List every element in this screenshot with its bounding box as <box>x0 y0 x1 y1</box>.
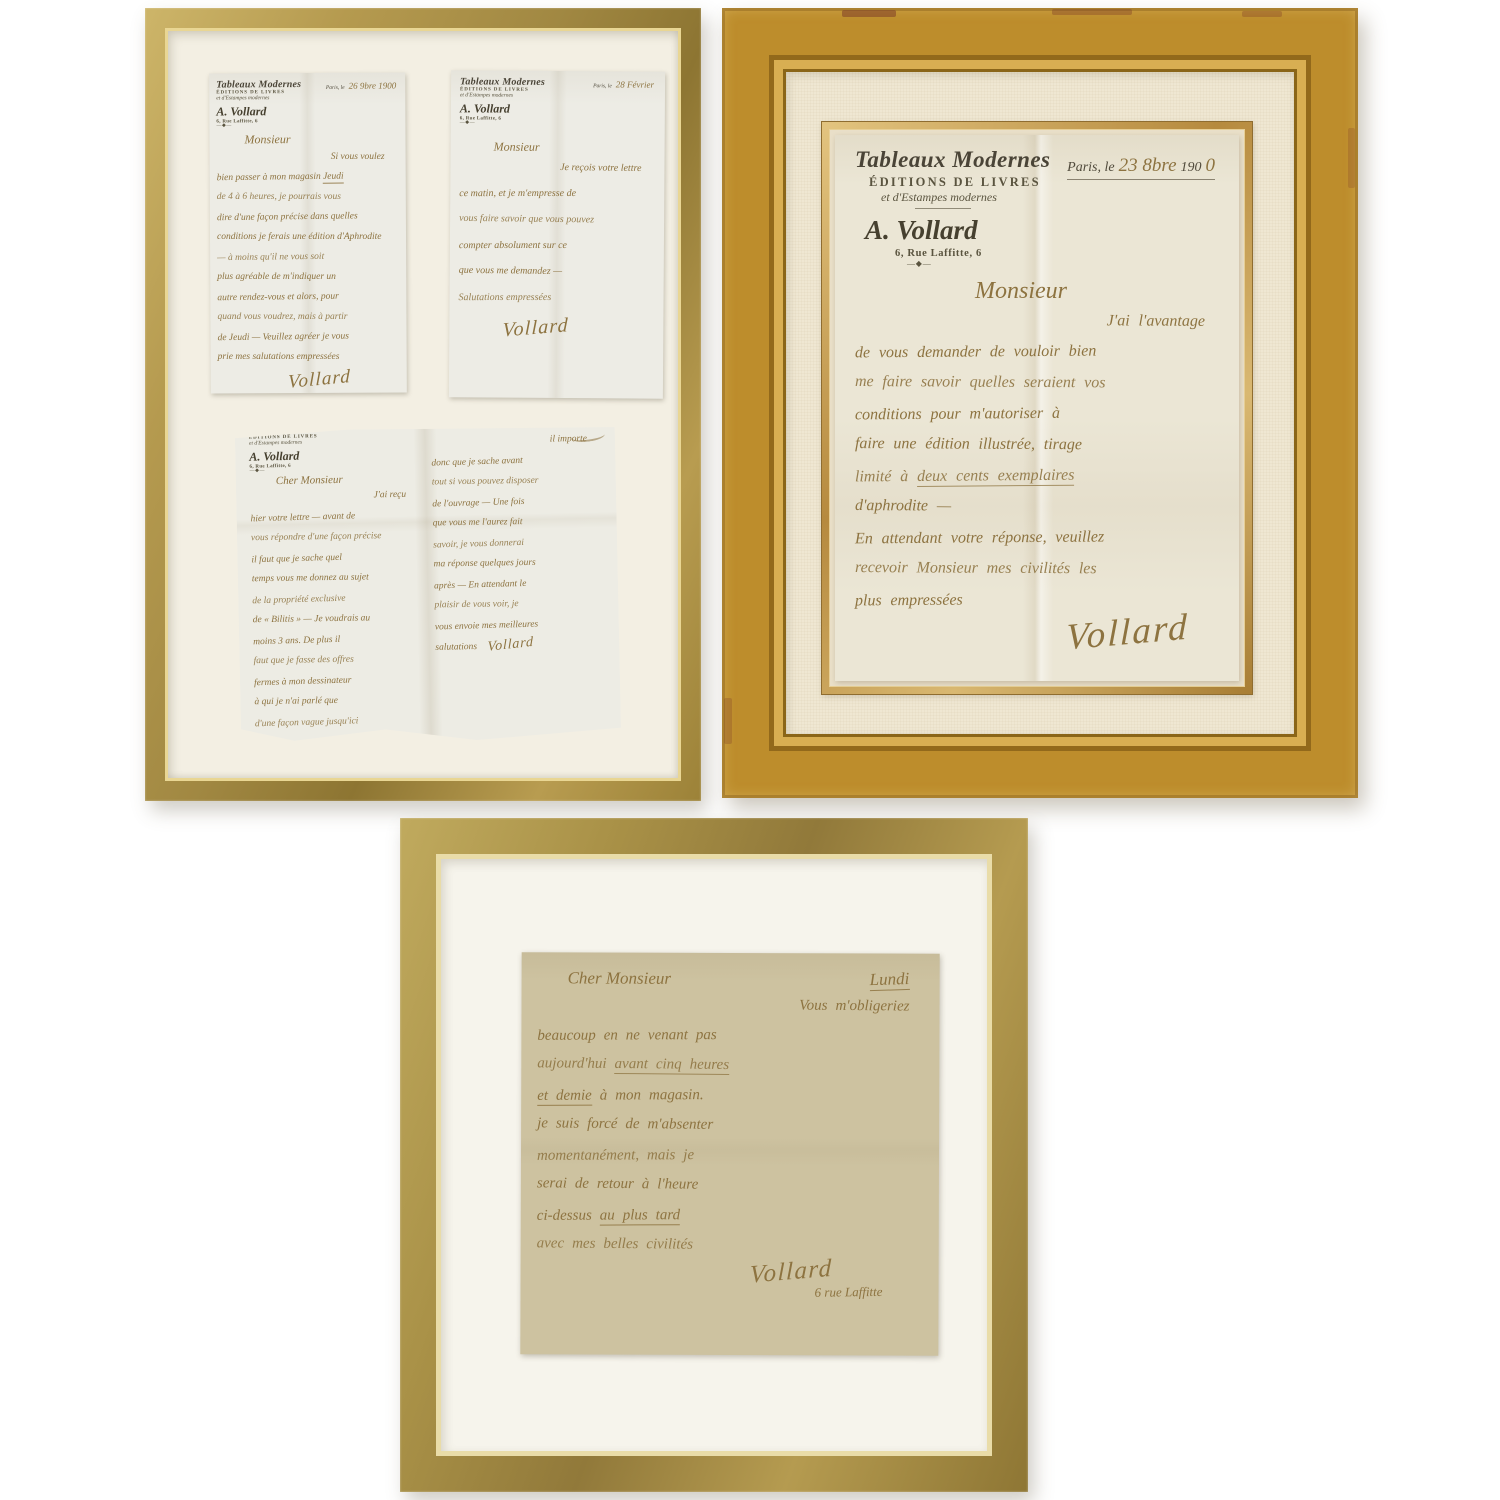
handwriting-line: bien passer à mon magasin Jeudi <box>217 166 399 188</box>
handwriting-segment: de 4 à 6 heures, je pourrais vous <box>217 192 341 202</box>
letterhead-partial: ÉDITIONS DE LIVRES et d'Estampes moderne… <box>249 432 420 474</box>
letterhead-estampes-line: et d'Estampes modernes <box>460 92 656 99</box>
dateline-handwritten: 23 8bre <box>1119 155 1177 177</box>
dateline-year-printed: 190 <box>1181 160 1202 176</box>
letter-page-left: ÉDITIONS DE LIVRES et d'Estampes moderne… <box>243 432 431 734</box>
handwriting-line: conditions je ferais une édition d'Aphro… <box>217 227 399 247</box>
closing-word: salutations <box>435 642 477 653</box>
handwriting-segment: vous envoie mes meilleures <box>435 619 539 632</box>
handwriting-segment: conditions pour m'autoriser à <box>855 405 1060 424</box>
frame-wear-mark <box>724 698 732 744</box>
handwriting-line: beaucoup en ne venant pas <box>537 1019 923 1051</box>
handwriting-line: quand vous voudrez, mais à partir <box>217 307 399 327</box>
letter-body: Vous m'obligeriezbeaucoup en ne venant p… <box>537 989 924 1260</box>
frame-wear-mark <box>1242 11 1282 17</box>
handwriting-segment: J'ai reçu <box>373 490 406 501</box>
handwriting-segment: momentanément, mais je <box>537 1147 694 1164</box>
handwriting-line: Si vous voulez <box>217 147 399 167</box>
handwriting-segment: compter absolument sur ce <box>459 240 567 251</box>
handwriting-line: avec mes belles civilités <box>537 1228 923 1261</box>
signature-address: 6 rue Laffitte <box>536 1283 922 1304</box>
dateline-printed: Paris, le <box>593 83 612 89</box>
letterhead-address: 6, Rue Laffitte, 6 <box>895 248 1219 259</box>
dateline-handwritten: 28 Février <box>616 79 654 89</box>
handwriting-segment: de « Bilitis » — Je voudrais au <box>253 613 371 625</box>
handwriting-segment: bien passer à mon magasin <box>217 172 323 183</box>
handwriting-segment: conditions je ferais une édition d'Aphro… <box>217 232 381 242</box>
photo-of-three-framed-vollard-letters: Tableaux Modernes ÉDITIONS DE LIVRES et … <box>0 0 1500 1500</box>
handwriting-segment: Salutations empressées <box>459 292 552 303</box>
dateline-year-handwritten: 0 <box>1206 155 1216 177</box>
handwriting-segment: quand vous voudrez, mais à partir <box>217 312 347 322</box>
handwriting-segment: autre rendez-vous et alors, pour <box>217 292 339 304</box>
letterhead-estampes-line: et d'Estampes modernes <box>216 95 398 102</box>
dateline-printed: Paris, le <box>1067 160 1114 176</box>
handwriting-line: autre rendez-vous et alors, pour <box>217 286 399 308</box>
letterhead-name: A. Vollard <box>460 101 656 117</box>
handwriting-line: serai de retour à l'heure <box>537 1168 923 1201</box>
handwriting-segment: que vous me l'aurez fait <box>433 517 523 528</box>
handwriting-line: me faire savoir quelles seraient vos <box>855 366 1219 399</box>
handwriting-line: plus agréable de m'indiquer un <box>217 267 399 287</box>
handwriting-line: momentanément, mais je <box>537 1139 923 1171</box>
handwriting-line: d'une façon vague jusqu'ici <box>255 709 426 734</box>
handwriting-segment: à mon magasin. <box>592 1087 704 1103</box>
handwriting-segment: ci-dessus <box>537 1208 600 1224</box>
handwriting-segment: faire une édition illustrée, tirage <box>855 435 1082 453</box>
handwriting-segment: beaucoup en ne venant pas <box>537 1027 716 1044</box>
handwriting-line: — à moins qu'il ne vous soit <box>217 246 399 268</box>
handwriting-line: Vous m'obligeriez <box>537 988 923 1021</box>
handwriting-underlined-segment: Jeudi <box>323 172 344 184</box>
handwriting-segment: vous faire savoir que vous pouvez <box>459 213 594 226</box>
handwriting-segment: ma réponse quelques jours <box>434 558 536 570</box>
handwriting-segment: serai de retour à l'heure <box>537 1175 699 1192</box>
handwriting-line: Je reçois votre lettre <box>459 154 655 182</box>
handwriting-segment: d'une façon vague jusqu'ici <box>255 716 359 729</box>
salutation: Monsieur <box>494 140 656 156</box>
handwriting-line: vous faire savoir que vous pouvez <box>459 206 655 234</box>
handwriting-segment: de la propriété exclusive <box>252 593 346 606</box>
handwriting-underlined-segment: et demie <box>537 1088 592 1106</box>
handwriting-line: J'ai l'avantage <box>855 304 1219 337</box>
handwriting-segment: me faire savoir quelles seraient vos <box>855 373 1106 391</box>
handwriting-segment: Si vous voulez <box>331 152 385 162</box>
handwriting-segment: prie mes salutations empressées <box>218 352 340 362</box>
handwriting-underlined-segment: au plus tard <box>600 1207 680 1225</box>
dateline-printed: Paris, le <box>326 85 345 91</box>
salutation: Monsieur <box>975 278 1219 305</box>
handwriting-segment: je suis forcé de m'absenter <box>537 1115 713 1133</box>
handwriting-underlined-segment: avant cinq heures <box>615 1056 730 1075</box>
handwriting-segment: plaisir de vous voir, je <box>434 599 518 610</box>
handwriting-segment: d'aphrodite — <box>855 497 951 515</box>
handwriting-segment: il importe <box>550 434 587 445</box>
handwriting-line: Salutations empressées <box>459 285 655 311</box>
handwriting-line: En attendant votre réponse, veuillez <box>855 521 1219 555</box>
handwriting-segment: plus empressées <box>855 592 963 610</box>
salutation: Cher Monsieur <box>568 968 671 988</box>
letter-28-fevrier: Tableaux Modernes ÉDITIONS DE LIVRES et … <box>449 70 665 398</box>
handwriting-line: aujourd'hui avant cinq heures <box>537 1048 923 1081</box>
handwriting-line: d'aphrodite — <box>855 490 1219 523</box>
handwriting-underlined-segment: deux cents exemplaires <box>917 467 1075 487</box>
handwriting-line: de Jeudi — Veuillez agréer je vous <box>217 326 399 348</box>
dateline: Paris, le 26 9bre 1900 <box>326 81 396 91</box>
handwriting-segment: dire d'une façon précise dans quelles <box>217 211 358 223</box>
handwriting-segment: ce matin, et je m'empresse de <box>459 188 576 199</box>
vollard-signature: Vollard <box>487 635 533 656</box>
handwriting-segment: J'ai l'avantage <box>1107 312 1205 330</box>
handwriting-line: faire une édition illustrée, tirage <box>855 428 1219 461</box>
frame-wear-mark <box>842 10 896 17</box>
handwriting-line: compter absolument sur ce <box>459 233 655 259</box>
handwriting-segment: avec mes belles civilités <box>537 1235 693 1252</box>
frame-top-right-linen-mat: Tableaux Modernes ÉDITIONS DE LIVRES et … <box>786 72 1294 734</box>
handwriting-segment: que vous me demandez — <box>459 265 562 277</box>
frame-wear-mark <box>1052 9 1132 15</box>
handwriting-segment: de l'ouvrage — Une fois <box>432 496 525 509</box>
handwriting-segment: Je reçois votre lettre <box>560 162 641 174</box>
handwriting-segment: limité à <box>855 468 917 485</box>
letter-body: Si vous voulezbien passer à mon magasin … <box>217 147 400 368</box>
letterhead-estampes-line: et d'Estampes modernes <box>881 190 1219 205</box>
handwriting-line: recevoir Monsieur mes civilités les <box>855 552 1219 585</box>
letterhead-ornament: —◆— <box>907 259 1219 268</box>
handwriting-segment: donc que je sache avant <box>431 455 523 468</box>
letter-body-right: il importedonc que je sache avanttout si… <box>431 428 605 637</box>
letter-body: Je reçois votre lettrece matin, et je m'… <box>458 154 655 311</box>
letter-body-left: J'ai reçuhier votre lettre — avant devou… <box>250 484 425 734</box>
handwriting-segment: — à moins qu'il ne vous soit <box>217 252 324 263</box>
handwriting-line: et demie à mon magasin. <box>537 1079 923 1111</box>
vollard-signature: Vollard <box>502 314 569 342</box>
handwriting-segment: tout si vous pouvez disposer <box>432 476 539 488</box>
handwriting-segment: à qui je n'ai parlé que <box>254 696 338 707</box>
handwriting-segment: moins 3 ans. De plus il <box>253 634 340 647</box>
letterhead-divider <box>915 208 971 209</box>
letterhead: Tableaux Modernes ÉDITIONS DE LIVRES et … <box>216 79 398 129</box>
handwriting-segment: aujourd'hui <box>537 1055 614 1072</box>
letter-page-right: il importedonc que je sache avanttout si… <box>425 428 613 730</box>
handwriting-segment: il faut que je sache quel <box>251 552 342 565</box>
handwriting-line: vous envoie mes meilleures <box>435 612 606 637</box>
handwriting-segment: plus agréable de m'indiquer un <box>217 272 336 282</box>
handwriting-segment: de Jeudi — Veuillez agréer je vous <box>217 331 349 343</box>
handwriting-segment: savoir, je vous donnerai <box>433 537 524 550</box>
handwriting-segment: Vous m'obligeriez <box>799 998 909 1015</box>
handwriting-segment: fermes à mon dessinateur <box>254 675 352 688</box>
handwriting-segment: hier votre lettre — avant de <box>250 511 355 524</box>
frame-bottom: Cher Monsieur Lundi Vous m'obligeriezbea… <box>400 818 1028 1492</box>
handwriting-line: je suis forcé de m'absenter <box>537 1108 923 1141</box>
letterhead-name: A. Vollard <box>865 215 1219 246</box>
salutation: Monsieur <box>244 132 398 148</box>
dateline-handwritten: 26 9bre 1900 <box>349 81 397 91</box>
letterhead: Tableaux Modernes ÉDITIONS DE LIVRES et … <box>460 76 656 126</box>
note-header: Cher Monsieur Lundi <box>538 966 924 990</box>
letter-26-novembre-1900: Tableaux Modernes ÉDITIONS DE LIVRES et … <box>209 72 407 393</box>
handwriting-segment: temps vous me donnez au sujet <box>252 572 369 584</box>
letter-pages: ÉDITIONS DE LIVRES et d'Estampes moderne… <box>243 428 613 734</box>
vollard-signature: Vollard <box>288 366 351 394</box>
letterhead-name: A. Vollard <box>216 104 398 120</box>
day-word: Lundi <box>870 969 910 991</box>
letter-bilitis-two-pages: ÉDITIONS DE LIVRES et d'Estampes moderne… <box>235 424 621 745</box>
letter-23-octobre-1900: Tableaux Modernes ÉDITIONS DE LIVRES et … <box>835 135 1239 681</box>
frame-top-right: Tableaux Modernes ÉDITIONS DE LIVRES et … <box>722 8 1358 798</box>
handwriting-segment: vous répondre d'une façon précise <box>251 531 382 543</box>
letterhead-ornament: —◆— <box>460 121 656 126</box>
handwriting-line: ce matin, et je m'empresse de <box>459 181 655 207</box>
closing-row: salutations Vollard <box>435 635 605 655</box>
letter-lundi-note: Cher Monsieur Lundi Vous m'obligeriezbea… <box>520 952 939 1355</box>
handwriting-line: de 4 à 6 heures, je pourrais vous <box>217 187 399 207</box>
handwriting-segment: faut que je fasse des offres <box>253 655 353 667</box>
handwriting-segment: En attendant votre réponse, veuillez <box>855 528 1104 547</box>
letter-body: J'ai l'avantagede vous demander de voulo… <box>855 305 1219 615</box>
frame-wear-mark <box>1348 128 1355 188</box>
handwriting-line: limité à deux cents exemplaires <box>855 459 1219 493</box>
handwriting-line: que vous me demandez — <box>459 258 655 286</box>
frame-bottom-mat: Cher Monsieur Lundi Vous m'obligeriezbea… <box>441 859 987 1451</box>
handwriting-line: prie mes salutations empressées <box>218 347 400 367</box>
handwriting-line: dire d'une façon précise dans quelles <box>217 206 399 228</box>
handwriting-line: de vous demander de vouloir bien <box>855 335 1219 369</box>
dateline: Paris, le 23 8bre 1900 <box>1067 155 1215 180</box>
gilt-fillet: Tableaux Modernes ÉDITIONS DE LIVRES et … <box>822 122 1252 694</box>
handwriting-line: conditions pour m'autoriser à <box>855 397 1219 431</box>
frame-top-left: Tableaux Modernes ÉDITIONS DE LIVRES et … <box>145 8 701 801</box>
handwriting-segment: de vous demander de vouloir bien <box>855 343 1096 362</box>
frame-top-left-mat: Tableaux Modernes ÉDITIONS DE LIVRES et … <box>168 31 678 778</box>
handwriting-line: ci-dessus au plus tard <box>537 1199 923 1231</box>
handwriting-segment: après — En attendant le <box>434 578 527 591</box>
letterhead: Tableaux Modernes ÉDITIONS DE LIVRES et … <box>855 147 1219 268</box>
dateline: Paris, le 28 Février <box>593 79 654 89</box>
handwriting-segment: recevoir Monsieur mes civilités les <box>855 559 1097 577</box>
